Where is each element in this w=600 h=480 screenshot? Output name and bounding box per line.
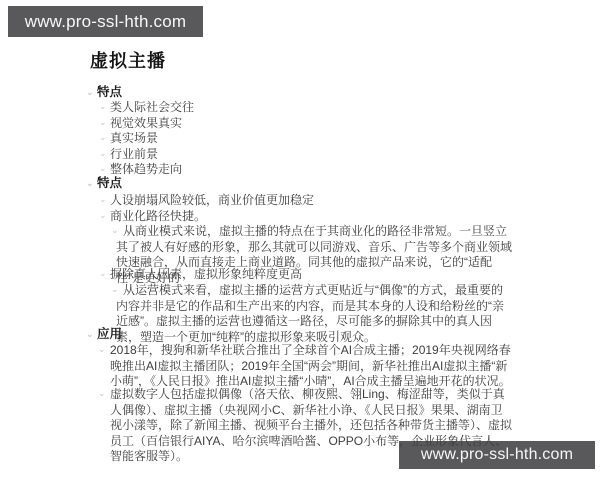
page: { "watermark_top": { "text": "www.pro-ss… bbox=[0, 0, 600, 480]
outline-paragraph: ⌄ 从运营模式来看，虚拟主播的运营方式更贴近与“偶像”的方式，最重要的内容并非是… bbox=[116, 283, 514, 345]
collapse-arrow-icon: ⌄ bbox=[86, 88, 94, 97]
collapse-arrow-icon: ⌄ bbox=[111, 226, 119, 235]
outline-paragraph-text: 从运营模式来看，虚拟主播的运营方式更贴近与“偶像”的方式，最重要的内容并非是它的… bbox=[116, 283, 504, 344]
outline-item-text: 整体趋势走向 bbox=[110, 162, 182, 176]
collapse-arrow-icon: ⌄ bbox=[86, 330, 94, 339]
outline-item-text: 类人际社会交往 bbox=[110, 100, 194, 114]
collapse-arrow-icon: ⌄ bbox=[99, 149, 107, 158]
outline-paragraph-text: 2018年，搜狗和新华社联合推出了全球首个AI合成主播；2019年央视网络春晚推… bbox=[110, 343, 511, 388]
collapse-arrow-icon: ⌄ bbox=[98, 345, 106, 354]
outline-item: ⌄ 类人际社会交往 bbox=[110, 100, 520, 116]
collapse-arrow-icon: ⌄ bbox=[99, 118, 107, 127]
outline-item: ⌄ 行业前景 bbox=[110, 147, 520, 163]
watermark-top-url: www.pro-ssl-hth.com bbox=[25, 12, 187, 32]
collapse-arrow-icon: ⌄ bbox=[111, 285, 119, 294]
page-title: 虚拟主播 bbox=[90, 47, 166, 73]
collapse-arrow-icon: ⌄ bbox=[99, 269, 107, 278]
section-heading-label: 应用 bbox=[97, 327, 122, 341]
outline-paragraph: ⌄ 2018年，搜狗和新华社联合推出了全球首个AI合成主播；2019年央视网络春… bbox=[110, 343, 514, 390]
collapse-arrow-icon: ⌄ bbox=[98, 389, 106, 398]
watermark-top: www.pro-ssl-hth.com bbox=[8, 6, 203, 37]
outline-item: ⌄ 真实场景 bbox=[110, 131, 520, 147]
outline-item: ⌄ 摒除真人因素，虚拟形象纯粹度更高 bbox=[110, 267, 520, 283]
collapse-arrow-icon: ⌄ bbox=[99, 211, 107, 220]
collapse-arrow-icon: ⌄ bbox=[99, 133, 107, 142]
outline-paragraph: ⌄ 虚拟数字人包括虚拟偶像（洛天依、柳夜熙、翎Ling、梅涩甜等，类似于真人偶像… bbox=[110, 387, 514, 465]
outline-item-text: 摒除真人因素，虚拟形象纯粹度更高 bbox=[110, 267, 302, 281]
collapse-arrow-icon: ⌄ bbox=[86, 179, 94, 188]
section-heading: ⌄ 特点 bbox=[97, 176, 122, 192]
section-heading: ⌄ 特点 bbox=[97, 85, 122, 101]
outline-item-text: 真实场景 bbox=[110, 131, 158, 145]
section-heading-label: 特点 bbox=[97, 176, 122, 190]
outline-item-text: 行业前景 bbox=[110, 147, 158, 161]
outline-item: ⌄ 整体趋势走向 bbox=[110, 162, 520, 178]
outline-item-text: 人设崩塌风险较低，商业价值更加稳定 bbox=[110, 193, 314, 207]
section-heading: ⌄ 应用 bbox=[97, 327, 122, 343]
section-heading-label: 特点 bbox=[97, 85, 122, 99]
collapse-arrow-icon: ⌄ bbox=[99, 164, 107, 173]
collapse-arrow-icon: ⌄ bbox=[99, 195, 107, 204]
outline-item: ⌄ 商业化路径快捷。 bbox=[110, 209, 520, 225]
outline-item-text: 视觉效果真实 bbox=[110, 116, 182, 130]
collapse-arrow-icon: ⌄ bbox=[99, 102, 107, 111]
outline-item: ⌄ 人设崩塌风险较低，商业价值更加稳定 bbox=[110, 193, 520, 209]
outline-paragraph-text: 虚拟数字人包括虚拟偶像（洛天依、柳夜熙、翎Ling、梅涩甜等，类似于真人偶像）、… bbox=[110, 387, 512, 463]
outline-item-text: 商业化路径快捷。 bbox=[110, 209, 206, 223]
outline-item: ⌄ 视觉效果真实 bbox=[110, 116, 520, 132]
